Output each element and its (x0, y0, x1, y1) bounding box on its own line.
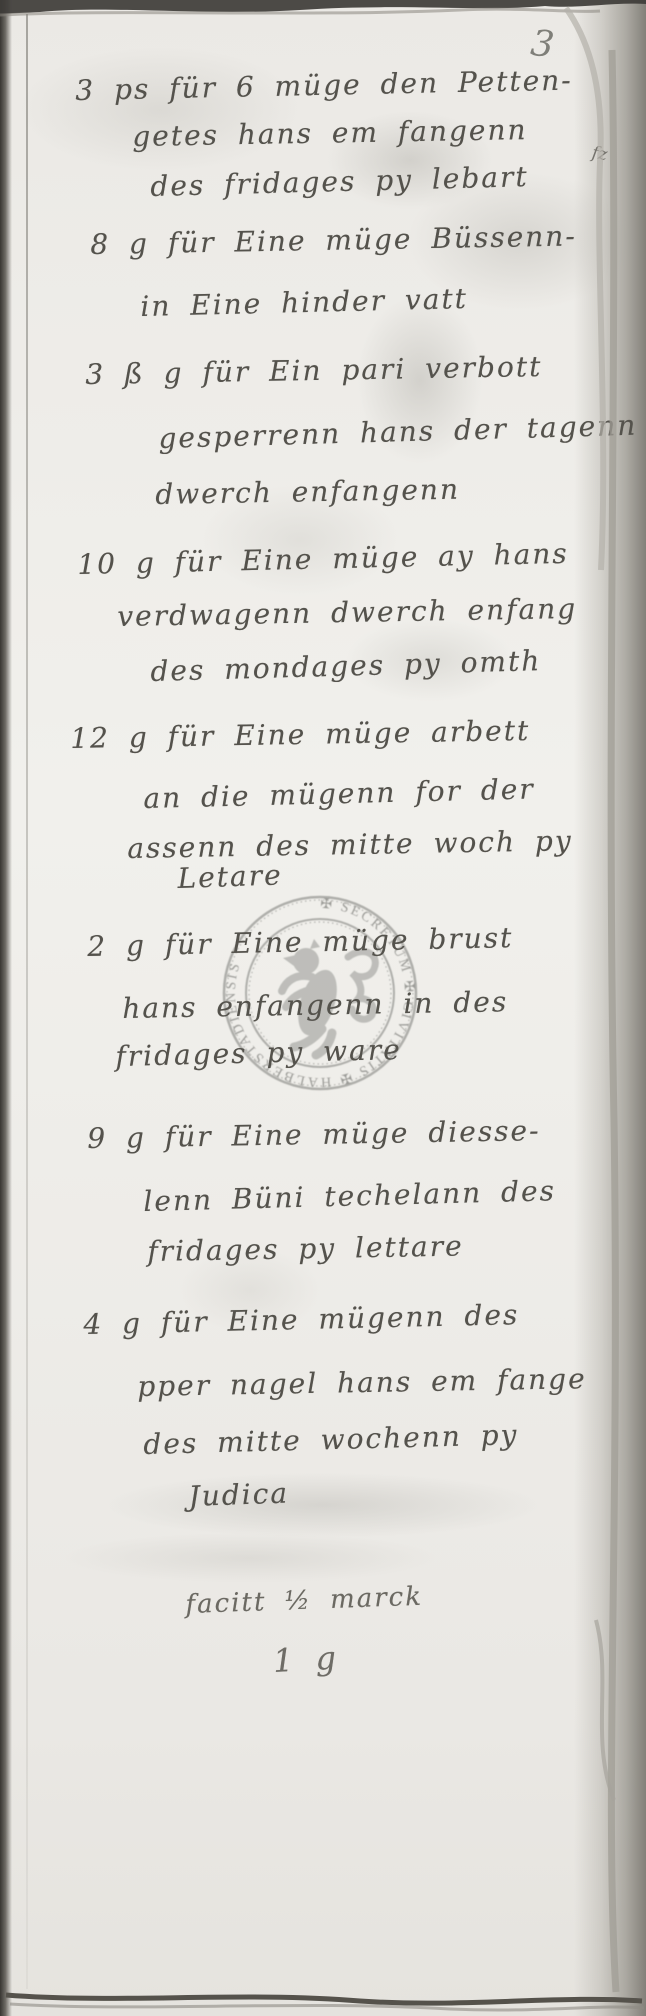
handwritten-line: Letare (177, 858, 283, 895)
handwritten-line: Judica (188, 1476, 290, 1512)
handwritten-line: fridages py ware (115, 1033, 402, 1073)
handwritten-line: hans enfangenn in des (122, 985, 508, 1025)
page-right-deckle-edge (574, 0, 646, 2016)
manuscript-scan: ✠ SECRETUM ✠ CIVITATIS ✠ HALBERSTADIENSI… (0, 0, 646, 2016)
handwritten-line: fridages py lettare (147, 1229, 464, 1268)
sum-amount: 1 g (272, 1639, 339, 1680)
margin-mark: fz (591, 143, 609, 165)
handwritten-line: dwerch enfangenn (155, 473, 460, 511)
fold-crease (26, 14, 28, 1989)
handwritten-line: getes hans em fangenn (132, 113, 528, 153)
page-binding-edge (0, 0, 12, 2016)
